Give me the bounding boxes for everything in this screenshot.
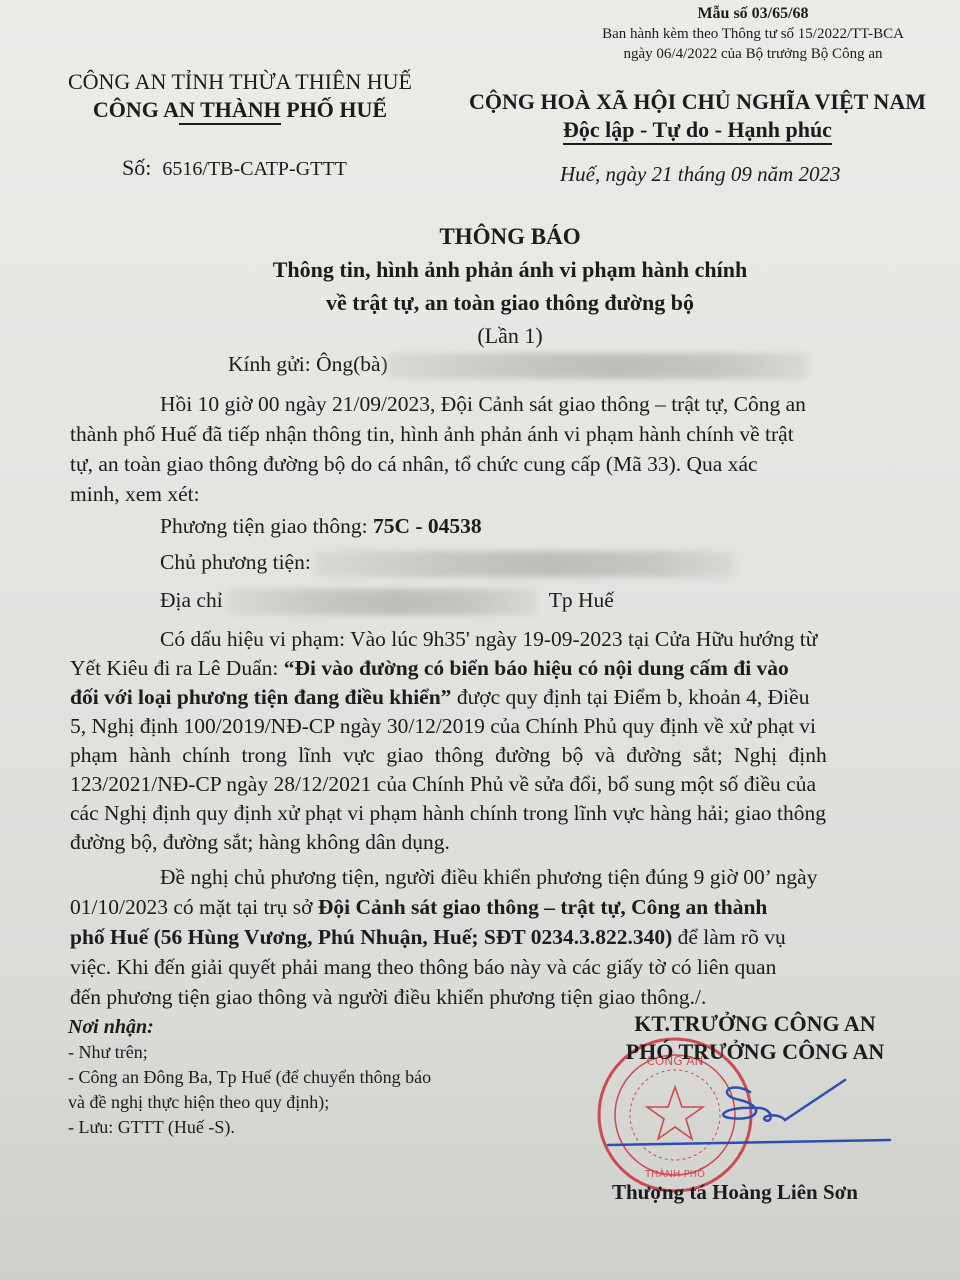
org-suffix: PHỐ HUẾ: [281, 97, 387, 122]
org-prefix: CÔNG A: [93, 97, 179, 122]
form-issued-with: Ban hành kèm theo Thông tư số 15/2022/TT…: [598, 24, 908, 44]
owner-label: Chủ phương tiện:: [160, 550, 311, 574]
violation-line-4: 5, Nghị định 100/2019/NĐ-CP ngày 30/12/2…: [70, 714, 816, 739]
violation-offense-2: đối với loại phương tiện đang điều khiển…: [70, 685, 451, 709]
national-motto: Độc lập - Tự do - Hạnh phúc: [563, 117, 832, 145]
request-line-3: phố Huế (56 Hùng Vương, Phú Nhuận, Huế; …: [70, 925, 786, 950]
violation-regulation: được quy định tại Điểm b, khoản 4, Điều: [451, 685, 809, 709]
vehicle-label: Phương tiện giao thông:: [160, 514, 373, 538]
recipients-block: Nơi nhận: - Như trên; - Công an Đông Ba,…: [68, 1015, 431, 1140]
national-header: CỘNG HOÀ XÃ HỘI CHỦ NGHĨA VIỆT NAM Độc l…: [460, 88, 935, 145]
doc-number-label: Số:: [122, 155, 151, 180]
violation-location: Yết Kiêu đi ra Lê Duẩn:: [70, 656, 284, 680]
issuer-block: CÔNG AN TỈNH THỪA THIÊN HUẾ CÔNG AN THÀN…: [40, 68, 440, 124]
owner-line: Chủ phương tiện:: [160, 550, 735, 577]
vehicle-plate: 75C - 04538: [373, 514, 482, 538]
request-line-2: 01/10/2023 có mặt tại trụ sở Đội Cảnh sá…: [70, 895, 767, 920]
violation-line-6: 123/2021/NĐ-CP ngày 28/12/2021 của Chính…: [70, 772, 816, 797]
violation-line-8: đường bộ, đường sắt; hàng không dân dụng…: [70, 830, 450, 855]
request-date: 01/10/2023 có mặt tại trụ sở: [70, 895, 318, 919]
title-subtitle-1: Thông tin, hình ảnh phản ánh vi phạm hàn…: [200, 253, 820, 286]
title-heading: THÔNG BÁO: [200, 220, 820, 253]
recipient-line: Kính gửi: Ông(bà): [228, 352, 808, 379]
request-office-2: phố Huế (56 Hùng Vương, Phú Nhuận, Huế; …: [70, 925, 672, 949]
recipient-item: và đề nghị thực hiện theo quy định);: [68, 1090, 431, 1115]
document-number: Số: 6516/TB-CATP-GTTT: [122, 155, 347, 181]
form-issued-date: ngày 06/4/2022 của Bộ trưởng Bộ Công an: [598, 44, 908, 64]
recipient-label: Kính gửi: Ông(bà): [228, 352, 388, 376]
parent-org: CÔNG AN TỈNH THỪA THIÊN HUẾ: [40, 68, 440, 96]
request-line-4: việc. Khi đến giải quyết phải mang theo …: [70, 955, 776, 980]
address-redacted: [227, 589, 537, 615]
violation-line-7: các Nghị định quy định xử phạt vi phạm h…: [70, 801, 826, 826]
form-reference: Mẫu số 03/65/68 Ban hành kèm theo Thông …: [598, 4, 908, 64]
title-occurrence: (Lần 1): [200, 319, 820, 352]
address-line: Địa chỉTp Huế: [160, 588, 614, 615]
violation-line-5: phạm hành chính trong lĩnh vực giao thôn…: [70, 743, 827, 768]
owner-redacted: [315, 551, 735, 577]
handwritten-signature-icon: [600, 1040, 900, 1160]
svg-text:THÀNH PHỐ: THÀNH PHỐ: [644, 1166, 705, 1180]
request-office-1: Đội Cảnh sát giao thông – trật tự, Công …: [318, 895, 768, 919]
document-title: THÔNG BÁO Thông tin, hình ảnh phản ánh v…: [200, 220, 820, 352]
recipient-item: - Lưu: GTTT (Huế -S).: [68, 1115, 431, 1140]
para1-line-4: minh, xem xét:: [70, 482, 200, 507]
recipient-item: - Như trên;: [68, 1040, 431, 1065]
doc-number-value: 6516/TB-CATP-GTTT: [162, 158, 346, 180]
form-number: Mẫu số 03/65/68: [598, 4, 908, 24]
issuing-org: CÔNG AN THÀNH PHỐ HUẾ: [40, 96, 440, 124]
request-purpose: để làm rõ vụ: [672, 925, 785, 949]
title-subtitle-2: về trật tự, an toàn giao thông đường bộ: [200, 286, 820, 319]
address-city: Tp Huế: [549, 588, 614, 612]
request-line-5: đến phương tiện giao thông và người điều…: [70, 985, 706, 1010]
signature-title-1: KT.TRƯỞNG CÔNG AN: [600, 1010, 910, 1038]
signer-name: Thượng tá Hoàng Liên Sơn: [612, 1180, 858, 1205]
place-date: Huế, ngày 21 tháng 09 năm 2023: [560, 162, 841, 187]
violation-line-1: Có dấu hiệu vi phạm: Vào lúc 9h35' ngày …: [70, 627, 817, 652]
violation-line-2: Yết Kiêu đi ra Lê Duẩn: “Đi vào đường có…: [70, 656, 789, 681]
request-line-1: Đề nghị chủ phương tiện, người điều khiể…: [70, 865, 817, 890]
para1-line-1: Hồi 10 giờ 00 ngày 21/09/2023, Đội Cảnh …: [70, 392, 806, 417]
recipient-item: - Công an Đông Ba, Tp Huế (để chuyển thô…: [68, 1065, 431, 1090]
vehicle-line: Phương tiện giao thông: 75C - 04538: [160, 514, 482, 539]
recipients-heading: Nơi nhận:: [68, 1015, 431, 1040]
violation-line-3: đối với loại phương tiện đang điều khiển…: [70, 685, 809, 710]
address-label: Địa chỉ: [160, 588, 223, 612]
org-underlined: N THÀNH: [179, 97, 281, 125]
recipient-name-redacted: [388, 353, 808, 379]
violation-offense-1: “Đi vào đường có biển báo hiệu có nội du…: [284, 656, 789, 680]
country-name: CỘNG HOÀ XÃ HỘI CHỦ NGHĨA VIỆT NAM: [460, 88, 935, 116]
para1-line-3: tự, an toàn giao thông đường bộ do cá nh…: [70, 452, 758, 477]
para1-line-2: thành phố Huế đã tiếp nhận thông tin, hì…: [70, 422, 794, 447]
